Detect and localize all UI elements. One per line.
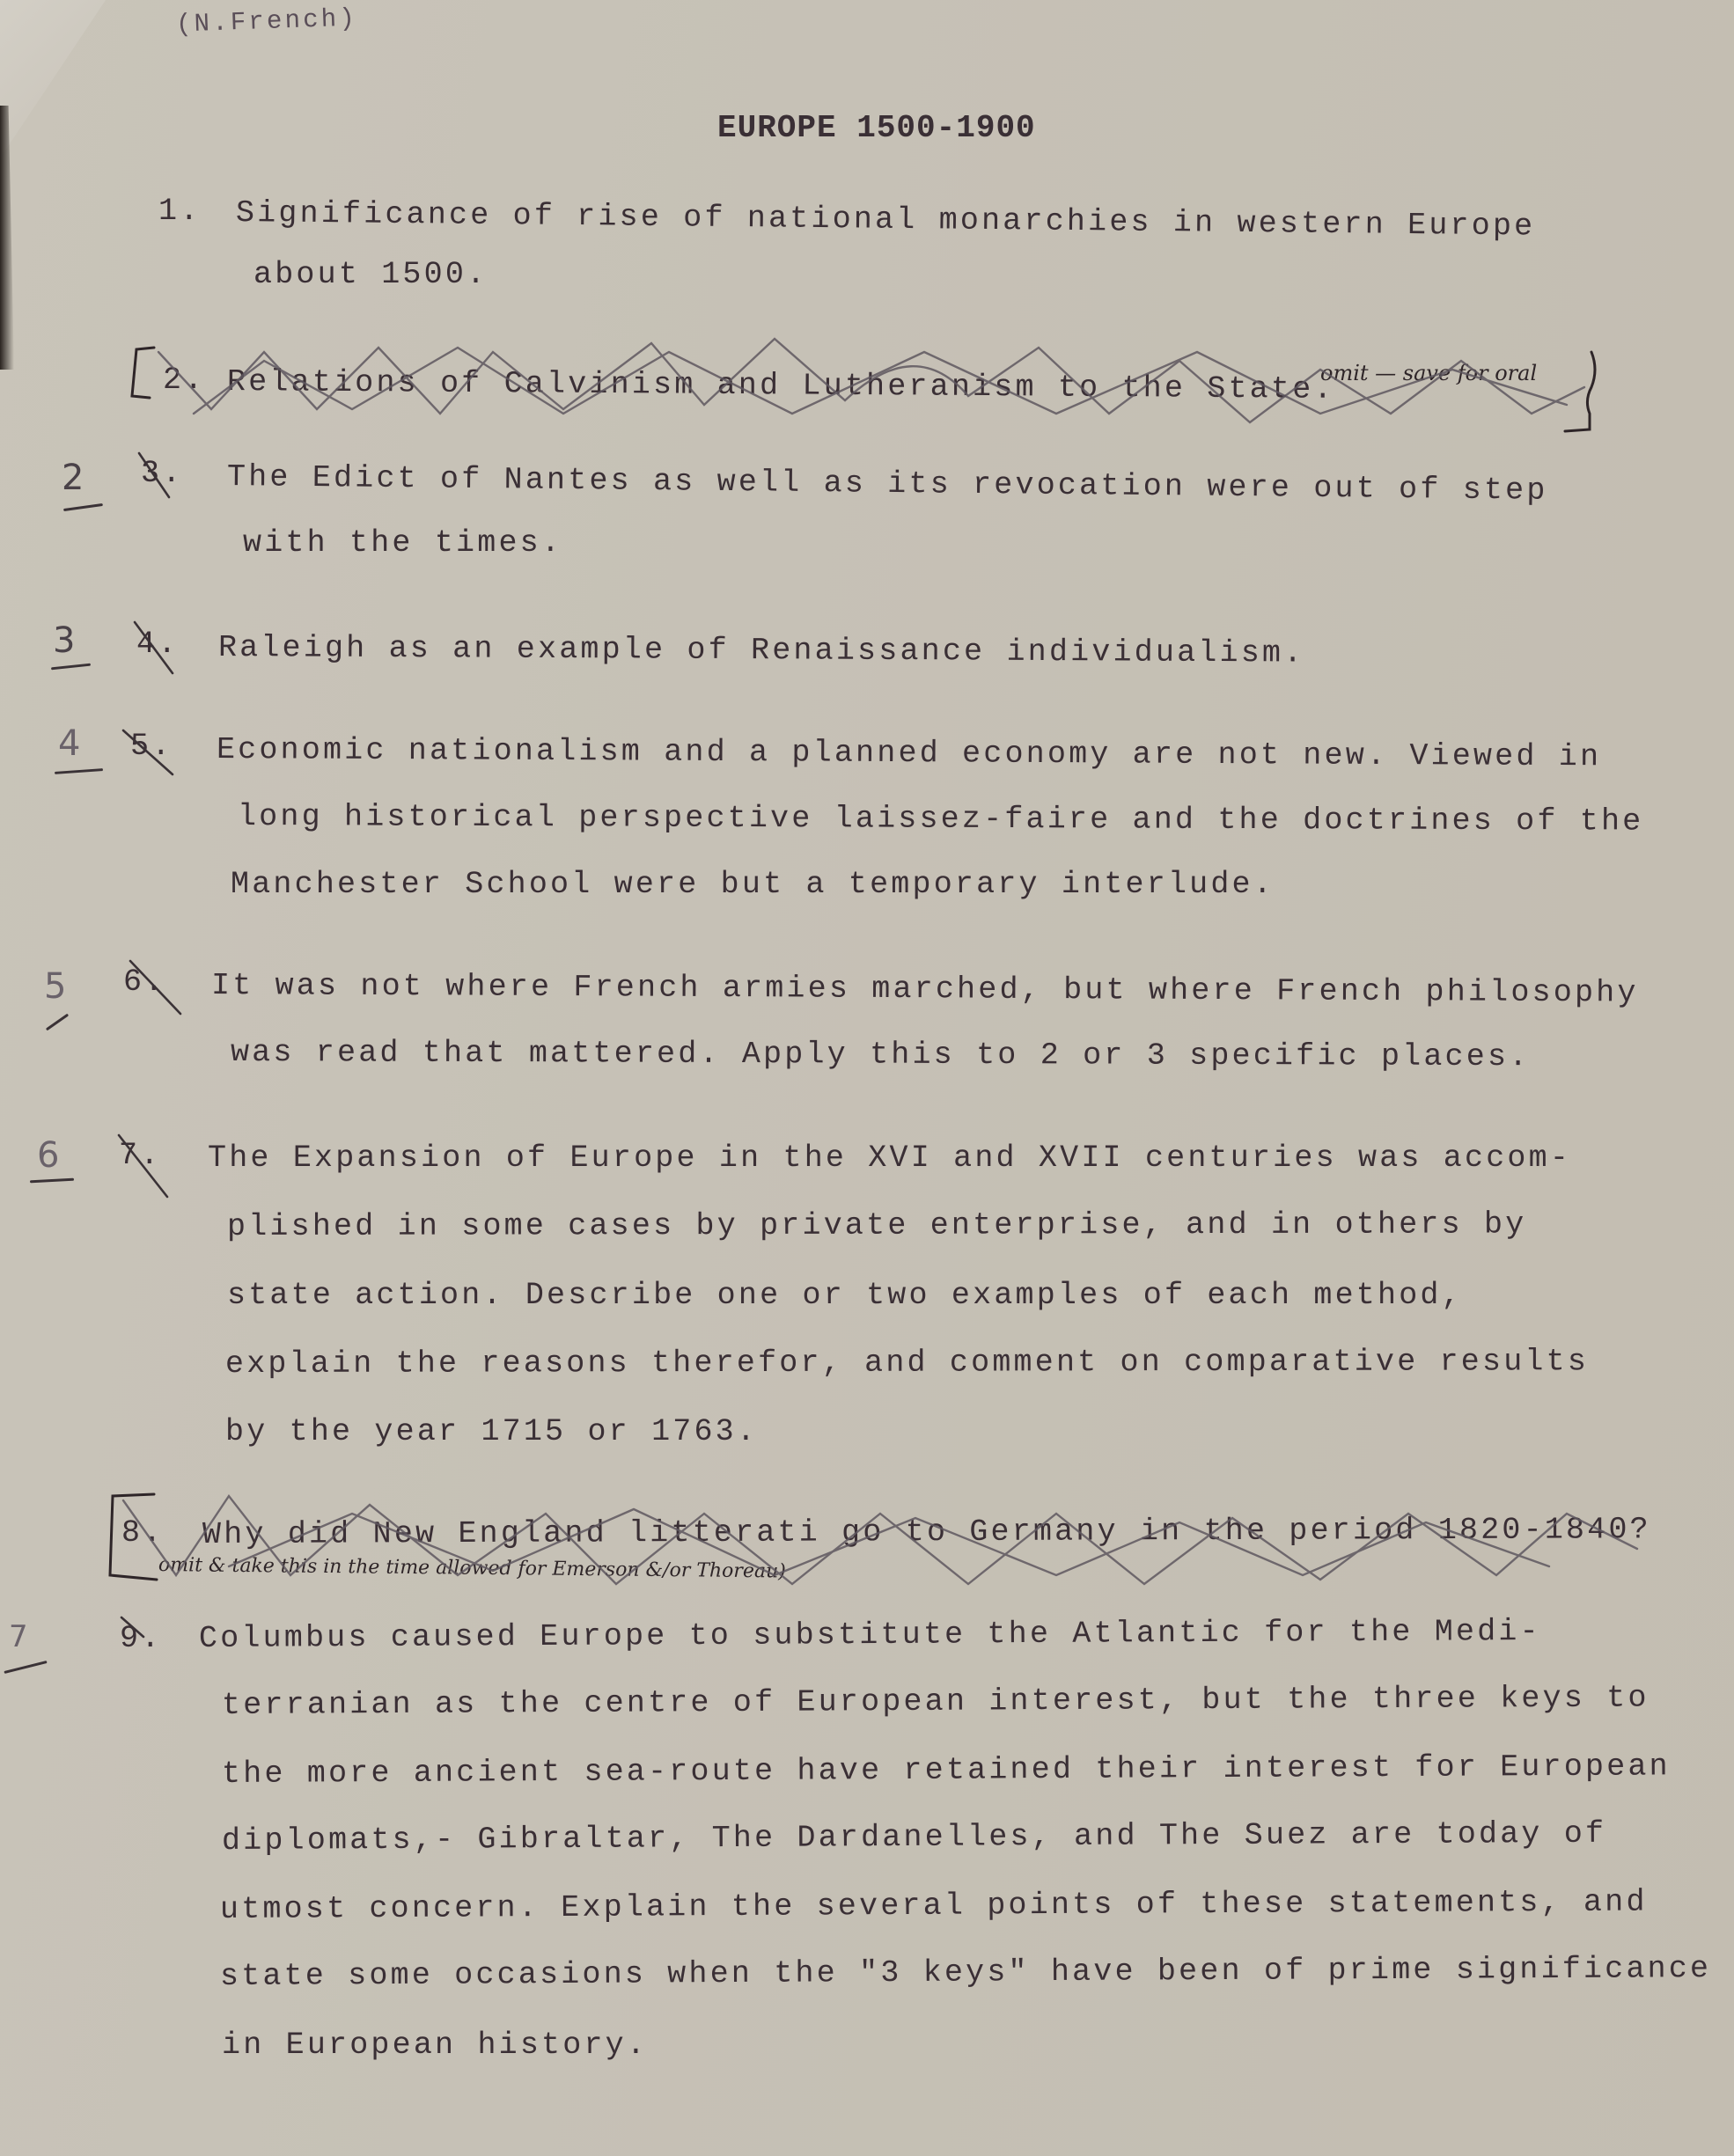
strike-old-number-6 bbox=[130, 961, 180, 1014]
strike-old-number-3 bbox=[139, 453, 169, 497]
handwritten-marks bbox=[0, 0, 1734, 2156]
strike-old-number-9 bbox=[121, 1617, 143, 1637]
bracket-right-q2 bbox=[1565, 352, 1595, 431]
strikethrough-q2 bbox=[158, 339, 1584, 422]
strikethrough-q8 bbox=[123, 1496, 1637, 1584]
strike-old-number-7 bbox=[119, 1135, 167, 1197]
strike-old-number-5 bbox=[123, 730, 173, 774]
document-page: (N.French) EUROPE 1500-1900 1. Significa… bbox=[0, 0, 1734, 2156]
strike-old-number-4 bbox=[135, 622, 173, 673]
bracket-left-q2 bbox=[132, 348, 154, 398]
